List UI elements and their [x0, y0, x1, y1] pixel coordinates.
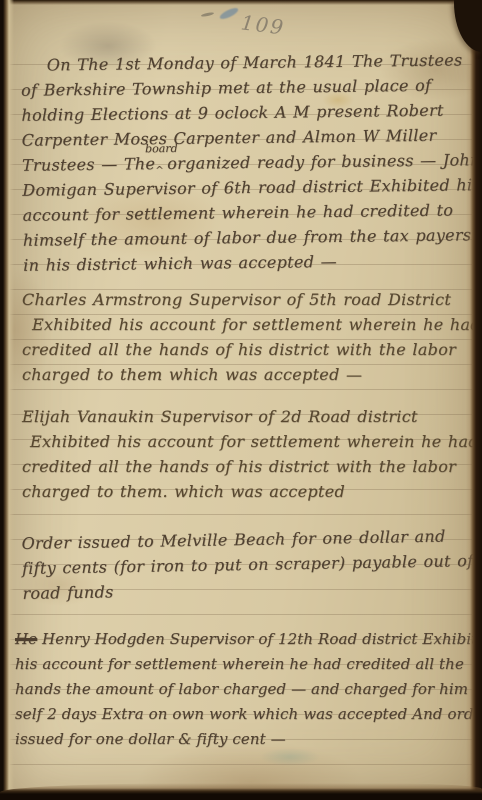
handwritten-line: Exhibited his account for settlement whe…: [22, 312, 481, 337]
inserted-word: board: [145, 136, 178, 161]
page-bottom-edge: [0, 783, 482, 800]
entry-vanaukin-settlement: Elijah Vanaukin Supervisor of 2d Road di…: [22, 404, 479, 504]
pencil-smudge: [201, 12, 214, 18]
handwritten-line: self 2 days Extra on own work which was …: [15, 702, 482, 727]
first-line-text: Henry Hodgden Supervisor of 12th Road di…: [42, 630, 482, 648]
handwritten-line: charged to them which was accepted —: [22, 362, 481, 387]
ledger-page: 109 On The 1st Monday of March 1841 The …: [0, 0, 482, 800]
entry-hodgden-settlement: He Henry Hodgden Supervisor of 12th Road…: [15, 627, 482, 752]
page-top-edge: [0, 0, 482, 5]
handwritten-line: charged to them. which was accepted: [22, 479, 479, 504]
handwritten-line: Exhibited his account for settlement whe…: [22, 429, 479, 454]
entry-beach-order: Order issued to Melville Beach for one d…: [21, 523, 474, 606]
handwritten-line: hands the amount of labor charged — and …: [15, 677, 482, 702]
handwritten-line: Elijah Vanaukin Supervisor of 2d Road di…: [22, 404, 479, 429]
insertion-caret: ^: [155, 165, 164, 176]
struck-word: He: [15, 630, 37, 648]
page-number: 109: [240, 10, 287, 39]
entry-armstrong-settlement: Charles Armstrong Supervisor of 5th road…: [22, 287, 481, 387]
entry-meeting-opening: On The 1st Monday of March 1841 The Trus…: [21, 47, 482, 278]
amend-post-text: organized ready for business — John: [167, 150, 481, 173]
page-right-edge: [466, 0, 482, 800]
handwritten-line-with-strikeout: He Henry Hodgden Supervisor of 12th Road…: [15, 627, 482, 652]
amend-pre-text: Trustees — The: [22, 154, 155, 175]
binding-edge: [0, 0, 14, 800]
handwritten-line: credited all the hands of his district w…: [22, 337, 481, 362]
insertion-mark: board^: [155, 151, 167, 183]
ink-smudge: [218, 6, 239, 21]
handwritten-line: his account for settlement wherein he ha…: [15, 652, 482, 677]
handwritten-line: issued for one dollar & fifty cent —: [15, 727, 482, 752]
handwritten-line: credited all the hands of his district w…: [22, 454, 479, 479]
handwritten-line: Charles Armstrong Supervisor of 5th road…: [22, 287, 481, 312]
